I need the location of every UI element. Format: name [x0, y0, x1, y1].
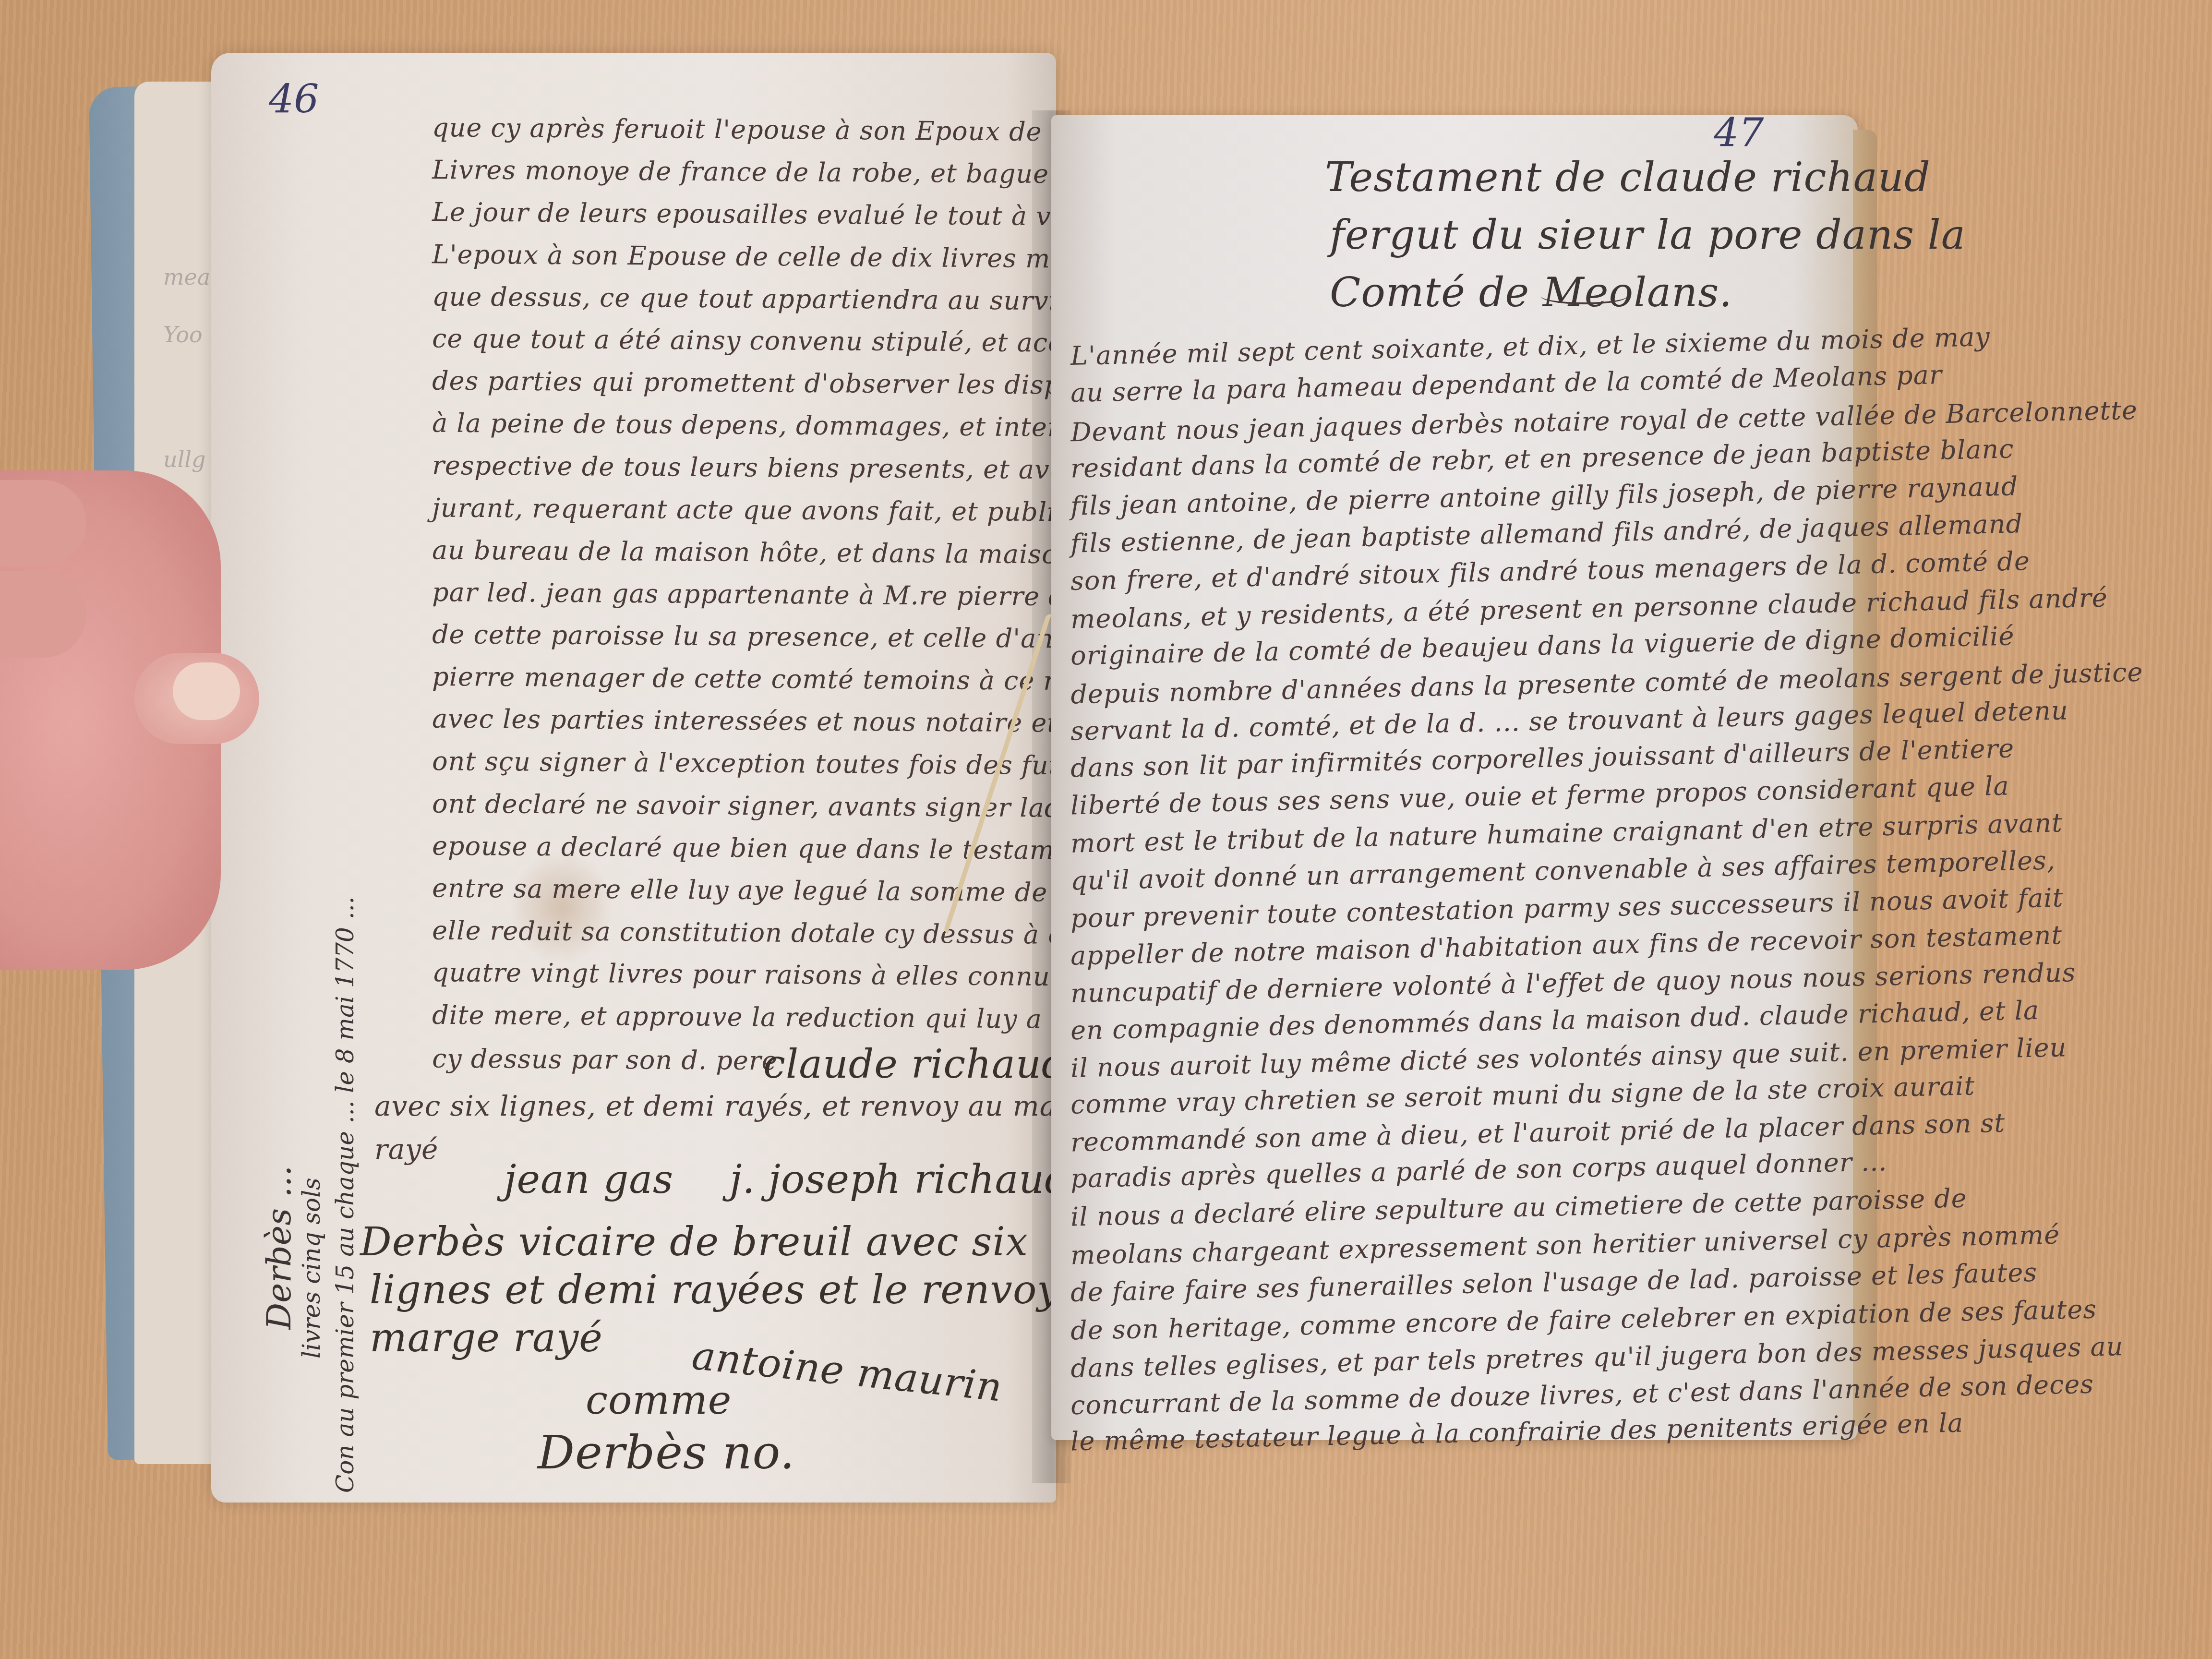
text-line: cy dessus par son d. pere [432, 1043, 778, 1076]
title-line-3: Comté de Meolans. [1330, 269, 1732, 316]
signature-derbes-notaire: Derbès no. [538, 1426, 795, 1479]
signature-derbes-vicaire-2: lignes et demi rayées et le renvoy au [370, 1267, 1122, 1313]
signature-note: avec six lignes, et demi rayés, et renvo… [374, 1090, 1106, 1122]
signature-claude-richaud: claude richaud [763, 1042, 1067, 1087]
water-stain [509, 850, 614, 965]
page-number-right: 47 [1714, 110, 1764, 156]
finger [0, 571, 86, 658]
title-line-2: fergut du sieur la pore dans la [1330, 211, 1966, 258]
signature-note-raye: rayé [374, 1133, 438, 1166]
signature-antoine-maurin: antoine maurin [690, 1333, 1005, 1410]
ghost-text: mea [163, 264, 210, 290]
thumbnail [173, 662, 240, 720]
margin-note-line-2: livres cinq sols [298, 1178, 325, 1358]
signature-jean-gas: jean gas [504, 1157, 673, 1202]
title-flourish [1541, 288, 1627, 304]
margin-note-line-1: Con au premier 15 au chaque ... le 8 mai… [331, 897, 359, 1493]
page-number-left: 46 [269, 77, 319, 122]
finger [0, 480, 86, 566]
ghost-text: Yoo [163, 322, 203, 348]
ghost-text: ullg [163, 446, 206, 472]
signature-derbes-vicaire-3: marge rayé [370, 1315, 603, 1361]
signature-comme: comme [586, 1378, 732, 1423]
margin-note-signature: Derbès ... [259, 1166, 299, 1330]
right-page[interactable]: 47 Testament de claude richaud fergut du… [1051, 115, 1858, 1440]
title-line-1: Testament de claude richaud [1325, 154, 1931, 201]
signature-joseph-richaud: j. joseph richaud [730, 1157, 1070, 1202]
left-page[interactable]: 46 que cy après feruoit l'epouse à son E… [211, 53, 1056, 1503]
signature-derbes-vicaire: Derbès vicaire de breuil avec six [360, 1219, 1028, 1265]
